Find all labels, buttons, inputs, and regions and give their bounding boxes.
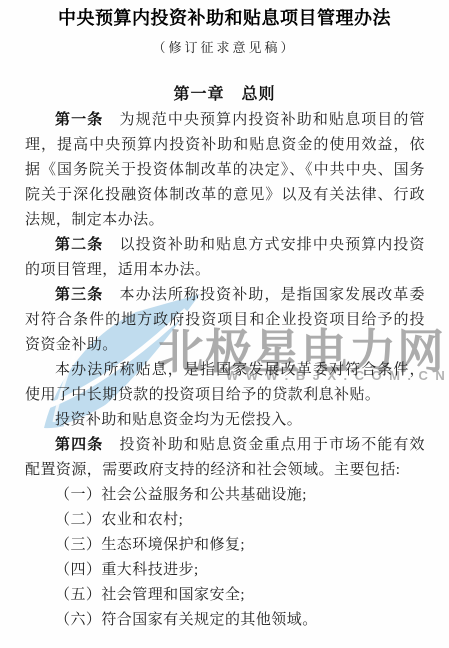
paragraph: （一）社会公益服务和公共基础设施; — [25, 483, 425, 508]
paragraph: 投资补助和贴息资金均为无偿投入。 — [25, 408, 425, 433]
article-number: 第一条 — [55, 112, 103, 128]
document-subtitle: （修订征求意见稿） — [0, 39, 449, 57]
paragraph: 第二条 以投资补助和贴息方式安排中央预算内投资的项目管理，适用本办法。 — [25, 233, 425, 283]
chapter-heading: 第一章 总则 — [0, 85, 449, 105]
paragraph: 第三条 本办法所称投资补助，是指国家发展改革委对符合条件的地方政府投资项目和企业… — [25, 283, 425, 358]
paragraph: （四）重大科技进步; — [25, 558, 425, 583]
paragraph: 本办法所称贴息，是指国家发展改革委对符合条件，使用了中长期贷款的投资项目给予的贷… — [25, 358, 425, 408]
paragraph: （六）符合国家有关规定的其他领域。 — [25, 608, 425, 633]
document-page: 北极星电力网 WWW.BJX.COM.CN 中央预算内投资补助和贴息项目管理办法… — [0, 0, 449, 648]
document-body: 第一条 为规范中央预算内投资补助和贴息项目的管理，提高中央预算内投资补助和贴息资… — [25, 108, 425, 633]
paragraph: （二）农业和农村; — [25, 508, 425, 533]
document-title: 中央预算内投资补助和贴息项目管理办法 — [0, 5, 449, 31]
paragraph: 第四条 投资补助和贴息资金重点用于市场不能有效配置资源，需要政府支持的经济和社会… — [25, 433, 425, 483]
paragraph: （三）生态环境保护和修复; — [25, 533, 425, 558]
article-number: 第二条 — [55, 237, 103, 253]
paragraph: 第一条 为规范中央预算内投资补助和贴息项目的管理，提高中央预算内投资补助和贴息资… — [25, 108, 425, 233]
paragraph: （五）社会管理和国家安全; — [25, 583, 425, 608]
article-number: 第三条 — [55, 287, 103, 303]
article-number: 第四条 — [55, 437, 103, 453]
